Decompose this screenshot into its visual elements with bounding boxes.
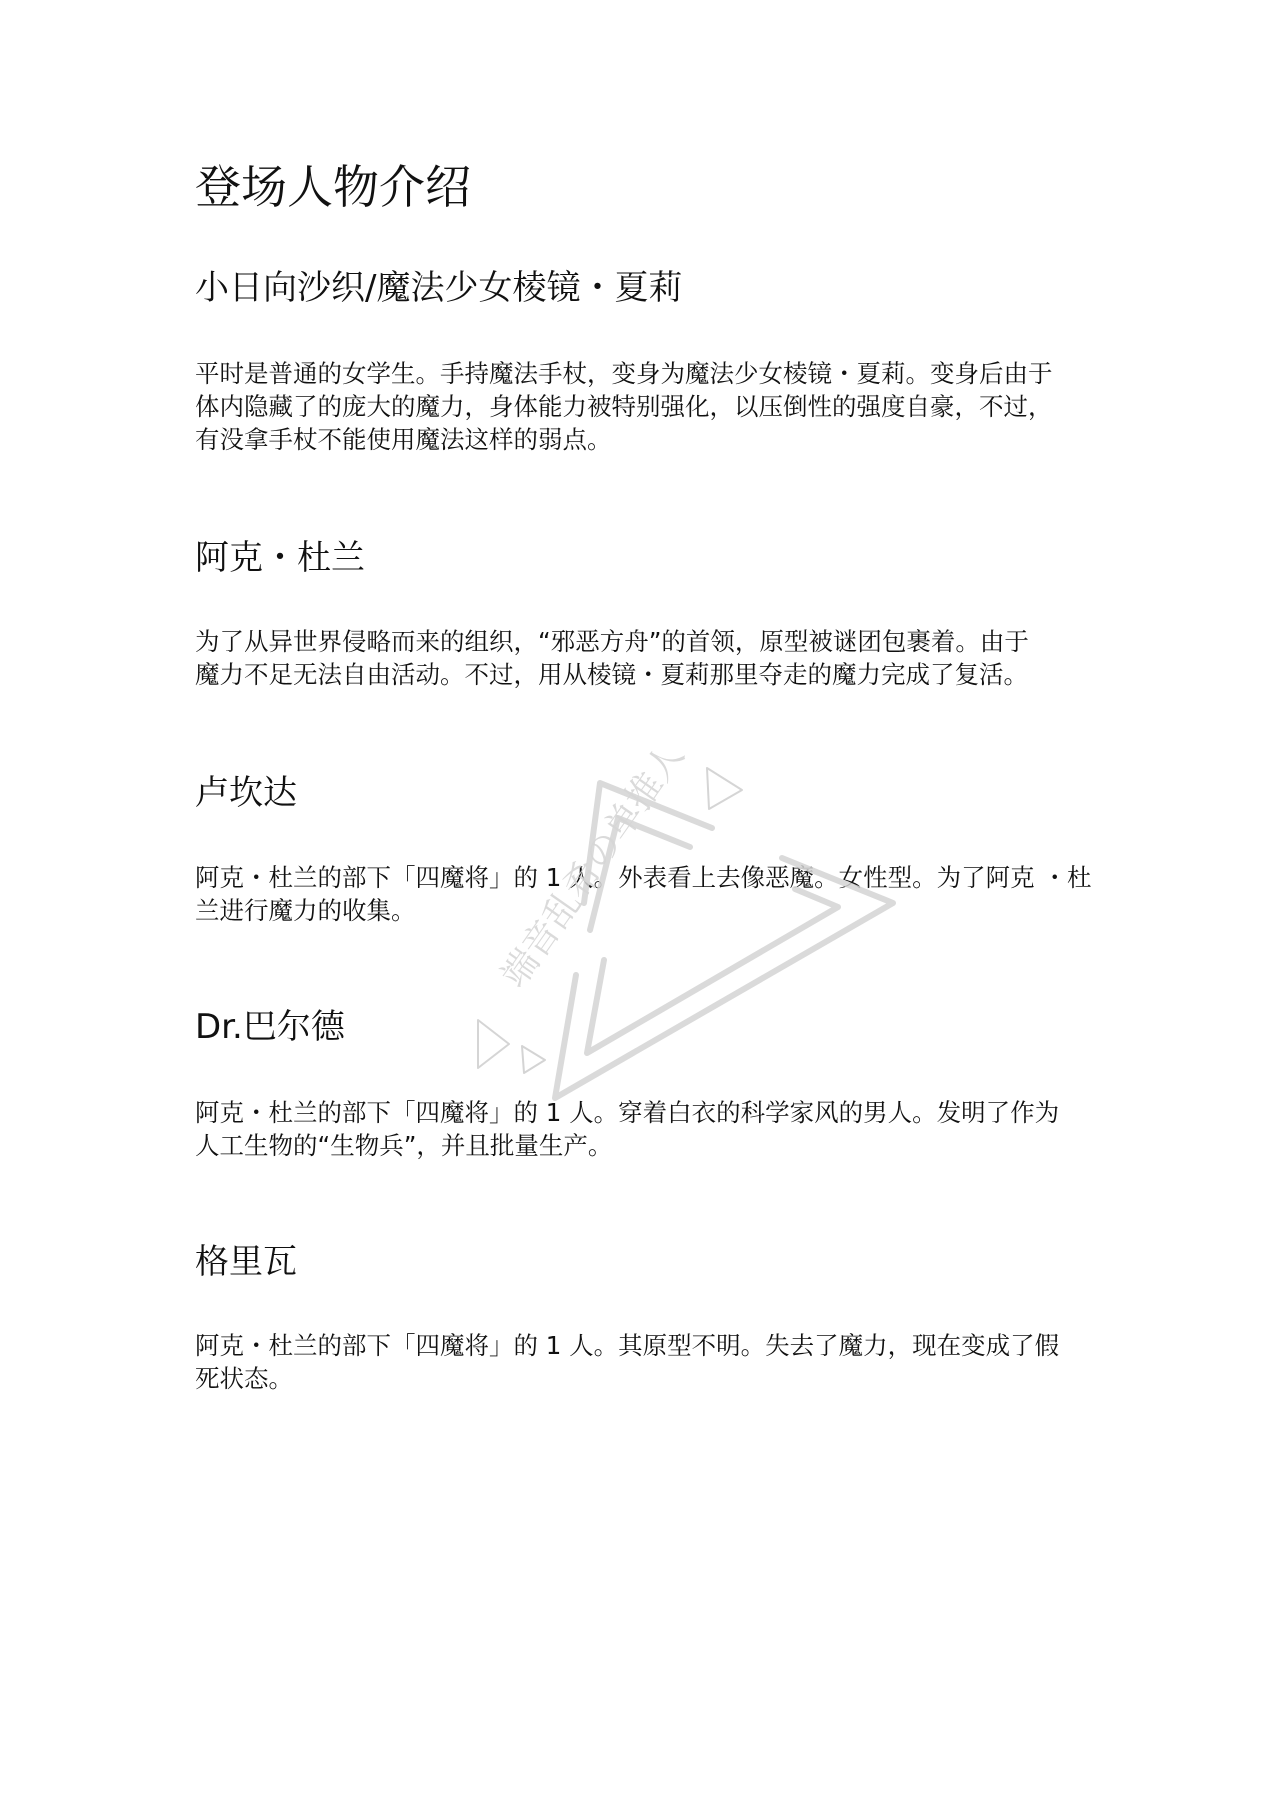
character-description-dr-bald: 阿克・杜兰的部下「四魔将」的 1 人。穿着白衣的科学家风的男人。发明了作为 人工…	[195, 1096, 1095, 1162]
character-name-dr-bald: Dr.巴尔德	[195, 1007, 345, 1047]
character-name-sayori: 小日向沙织/魔法少女棱镜・夏莉	[195, 268, 682, 308]
character-name-lucanda: 卢坎达	[195, 773, 297, 813]
description-line: 阿克・杜兰的部下「四魔将」的 1 人。其原型不明。失去了魔力，现在变成了假	[195, 1329, 1095, 1362]
description-line: 兰进行魔力的收集。	[195, 894, 1095, 927]
description-line: 平时是普通的女学生。手持魔法手杖，变身为魔法少女棱镜・夏莉。变身后由于	[195, 357, 1095, 390]
description-line: 死状态。	[195, 1362, 1095, 1395]
character-description-griva: 阿克・杜兰的部下「四魔将」的 1 人。其原型不明。失去了魔力，现在变成了假 死状…	[195, 1329, 1095, 1395]
description-line: 阿克・杜兰的部下「四魔将」的 1 人。穿着白衣的科学家风的男人。发明了作为	[195, 1096, 1095, 1129]
character-description-sayori: 平时是普通的女学生。手持魔法手杖，变身为魔法少女棱镜・夏莉。变身后由于 体内隐藏…	[195, 357, 1095, 456]
character-description-lucanda: 阿克・杜兰的部下「四魔将」的 1 人。外表看上去像恶魔。女性型。为了阿克 ・杜 …	[195, 861, 1095, 927]
character-description-ark-duran: 为了从异世界侵略而来的组织，“邪恶方舟”的首领，原型被谜团包裹着。由于 魔力不足…	[195, 625, 1095, 691]
document-page: 登场人物介绍 小日向沙织/魔法少女棱镜・夏莉 平时是普通的女学生。手持魔法手杖，…	[0, 0, 1280, 1810]
character-name-ark-duran: 阿克・杜兰	[195, 538, 365, 578]
description-line: 体内隐藏了的庞大的魔力，身体能力被特别强化，以压倒性的强度自豪，不过，	[195, 390, 1095, 423]
description-line: 为了从异世界侵略而来的组织，“邪恶方舟”的首领，原型被谜团包裹着。由于	[195, 625, 1095, 658]
page-title: 登场人物介绍	[195, 160, 471, 214]
description-line: 阿克・杜兰的部下「四魔将」的 1 人。外表看上去像恶魔。女性型。为了阿克 ・杜	[195, 861, 1095, 894]
description-line: 魔力不足无法自由活动。不过，用从棱镜・夏莉那里夺走的魔力完成了复活。	[195, 658, 1095, 691]
description-line: 人工生物的“生物兵”，并且批量生产。	[195, 1129, 1095, 1162]
character-name-griva: 格里瓦	[195, 1242, 297, 1282]
description-line: 有没拿手杖不能使用魔法这样的弱点。	[195, 423, 1095, 456]
